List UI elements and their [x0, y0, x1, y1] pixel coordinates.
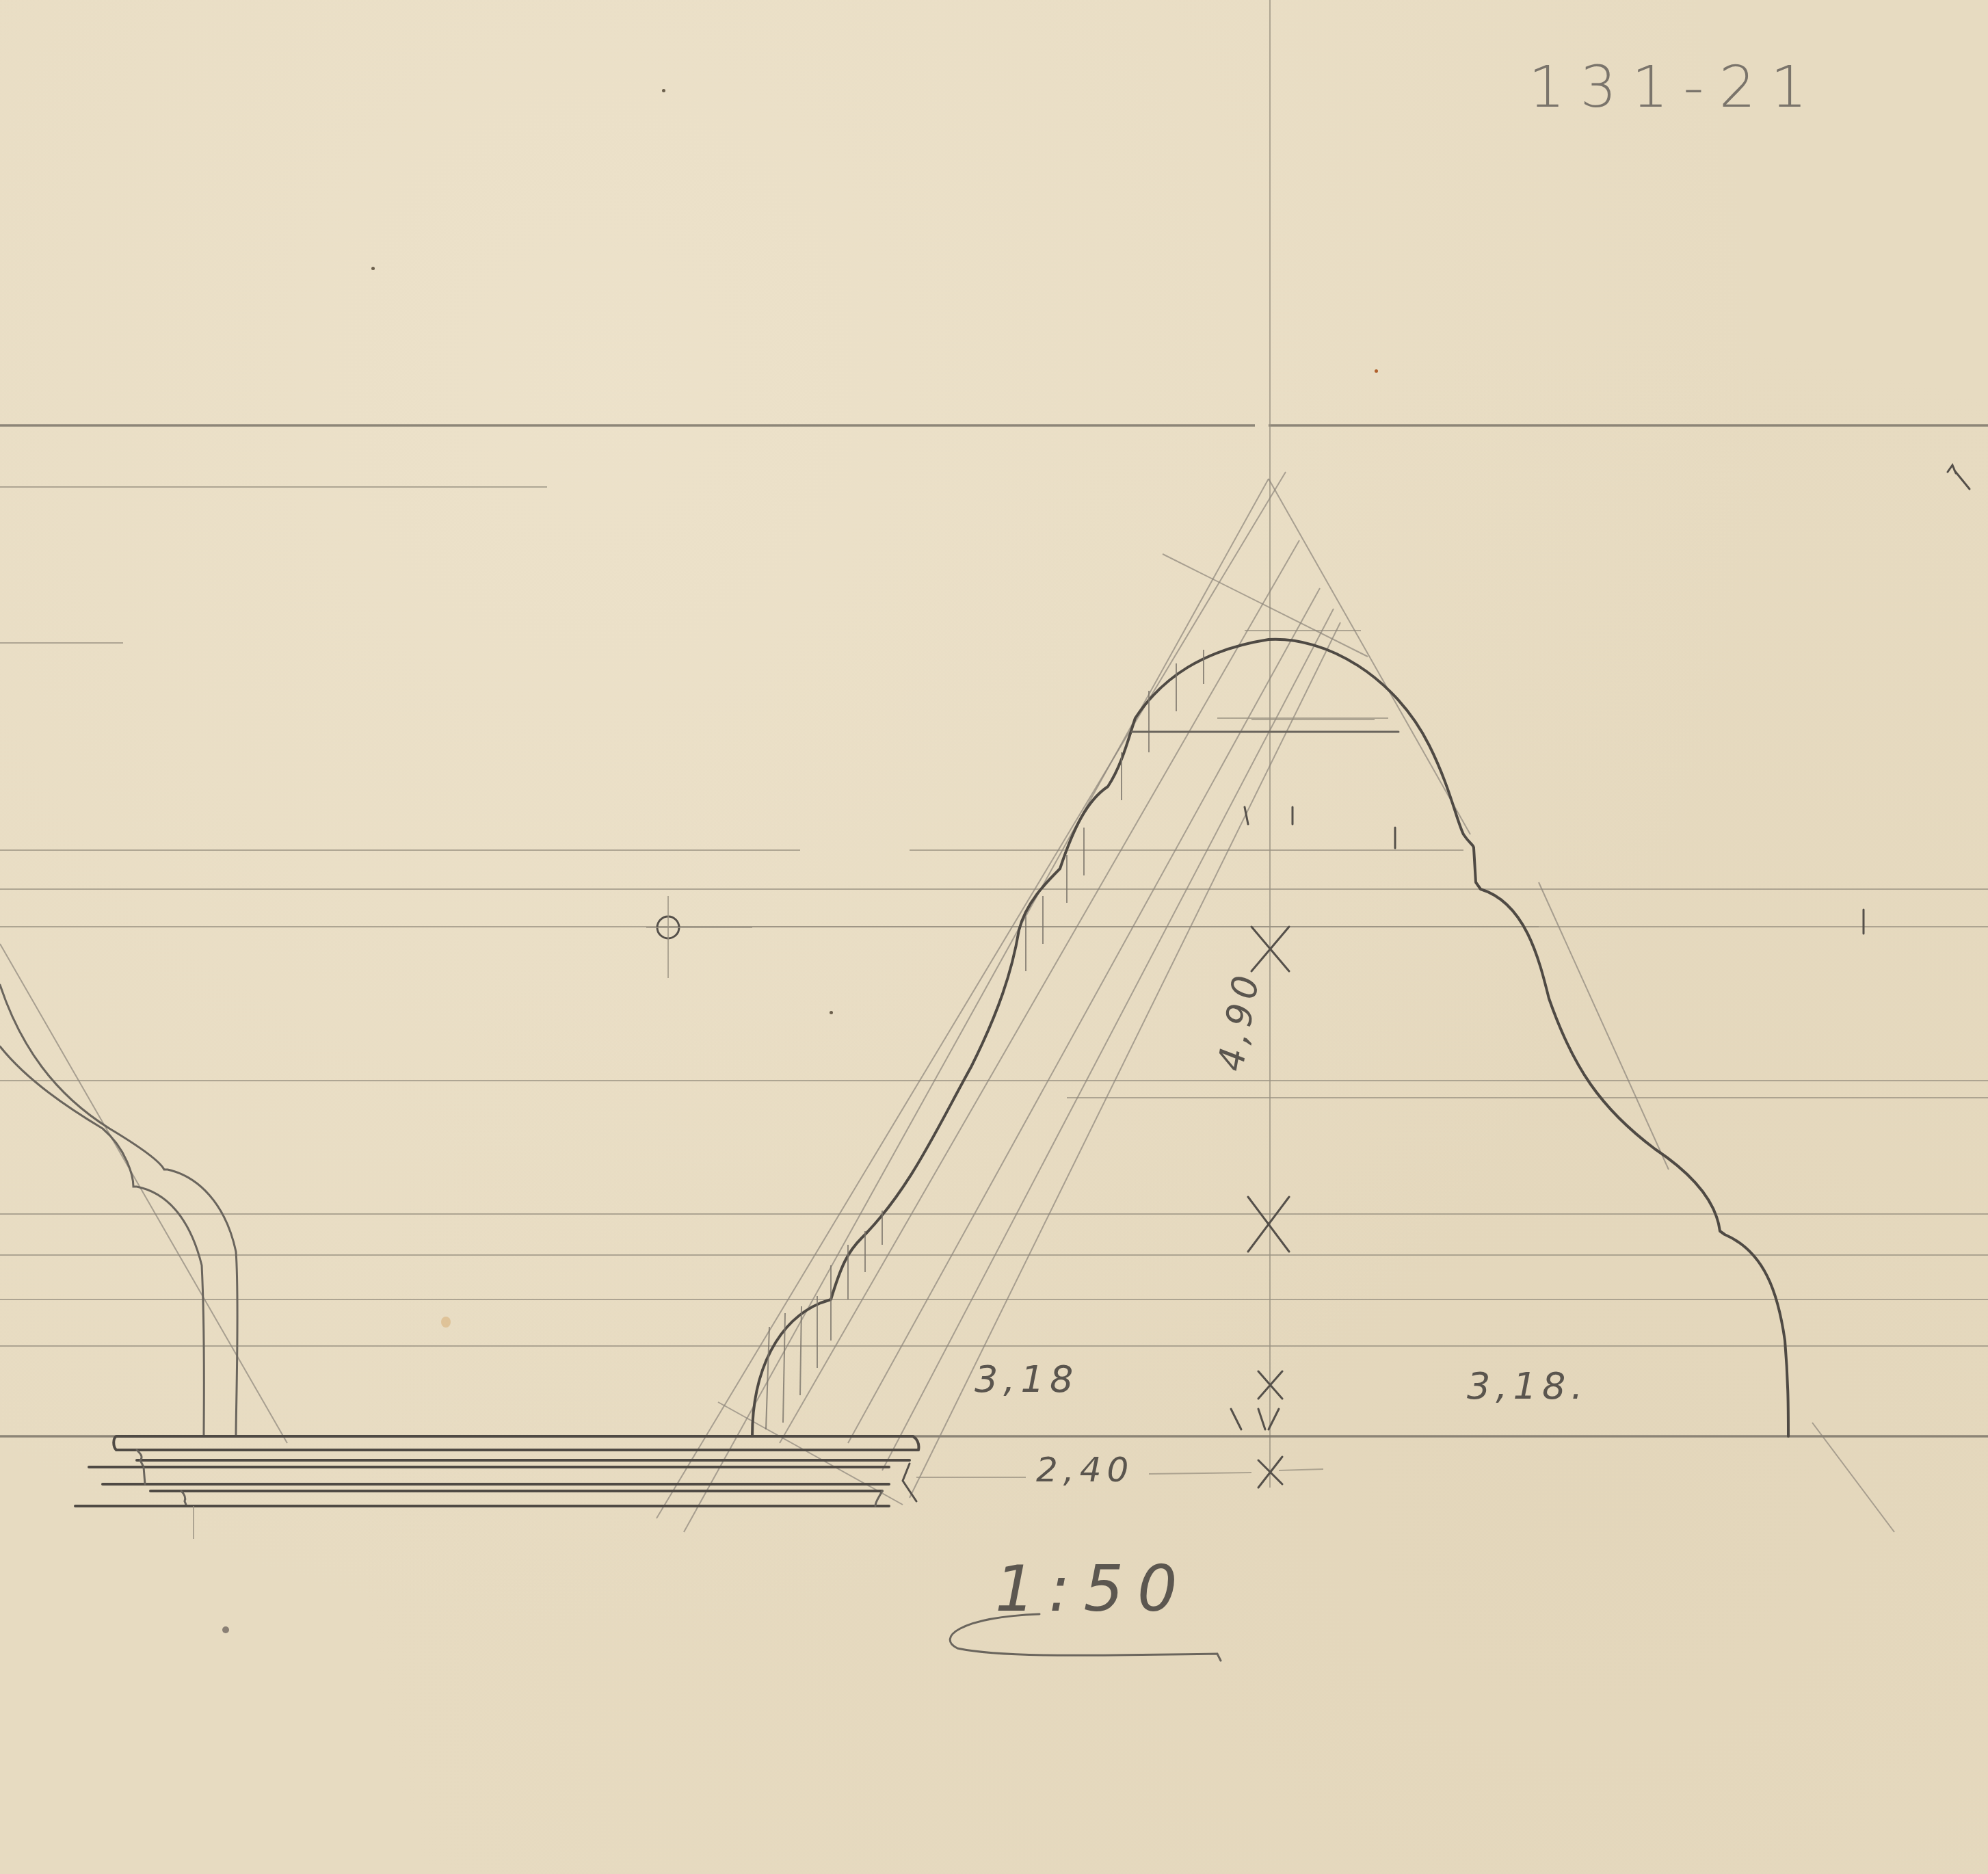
far-left-profile-inner	[0, 1046, 204, 1436]
scale-label: 1:50	[995, 1553, 1191, 1626]
sheet-number: 131-21	[1528, 53, 1823, 120]
dimension-left-width: 3,18	[975, 1358, 1078, 1401]
paper-stain	[441, 1317, 451, 1328]
paper-speck	[662, 89, 665, 92]
dim-line-240	[1149, 1473, 1251, 1474]
architectural-drawing	[0, 0, 1988, 1874]
horizontal-guides	[0, 487, 1988, 1436]
paper-speck	[371, 267, 375, 270]
dim-line-240-right	[1279, 1469, 1323, 1470]
paper-speck	[830, 1011, 833, 1014]
dimension-right-width: 3,18.	[1467, 1364, 1588, 1408]
paper-speck	[222, 1626, 229, 1633]
paper-speck	[1375, 369, 1378, 373]
right-profile-curve	[1474, 848, 1788, 1436]
base-molding	[75, 1436, 1026, 1539]
drawing-sheet: 131-21 3,18 3,18. 2,40 4,90 1:50	[0, 0, 1988, 1874]
dimension-base-offset: 2,40	[1036, 1450, 1134, 1490]
apex-construction-lines	[0, 472, 1894, 1532]
circle-cross-reference-icon	[646, 896, 752, 978]
far-left-profile-outer	[0, 985, 237, 1436]
edge-arrow-mark	[1948, 465, 1970, 489]
